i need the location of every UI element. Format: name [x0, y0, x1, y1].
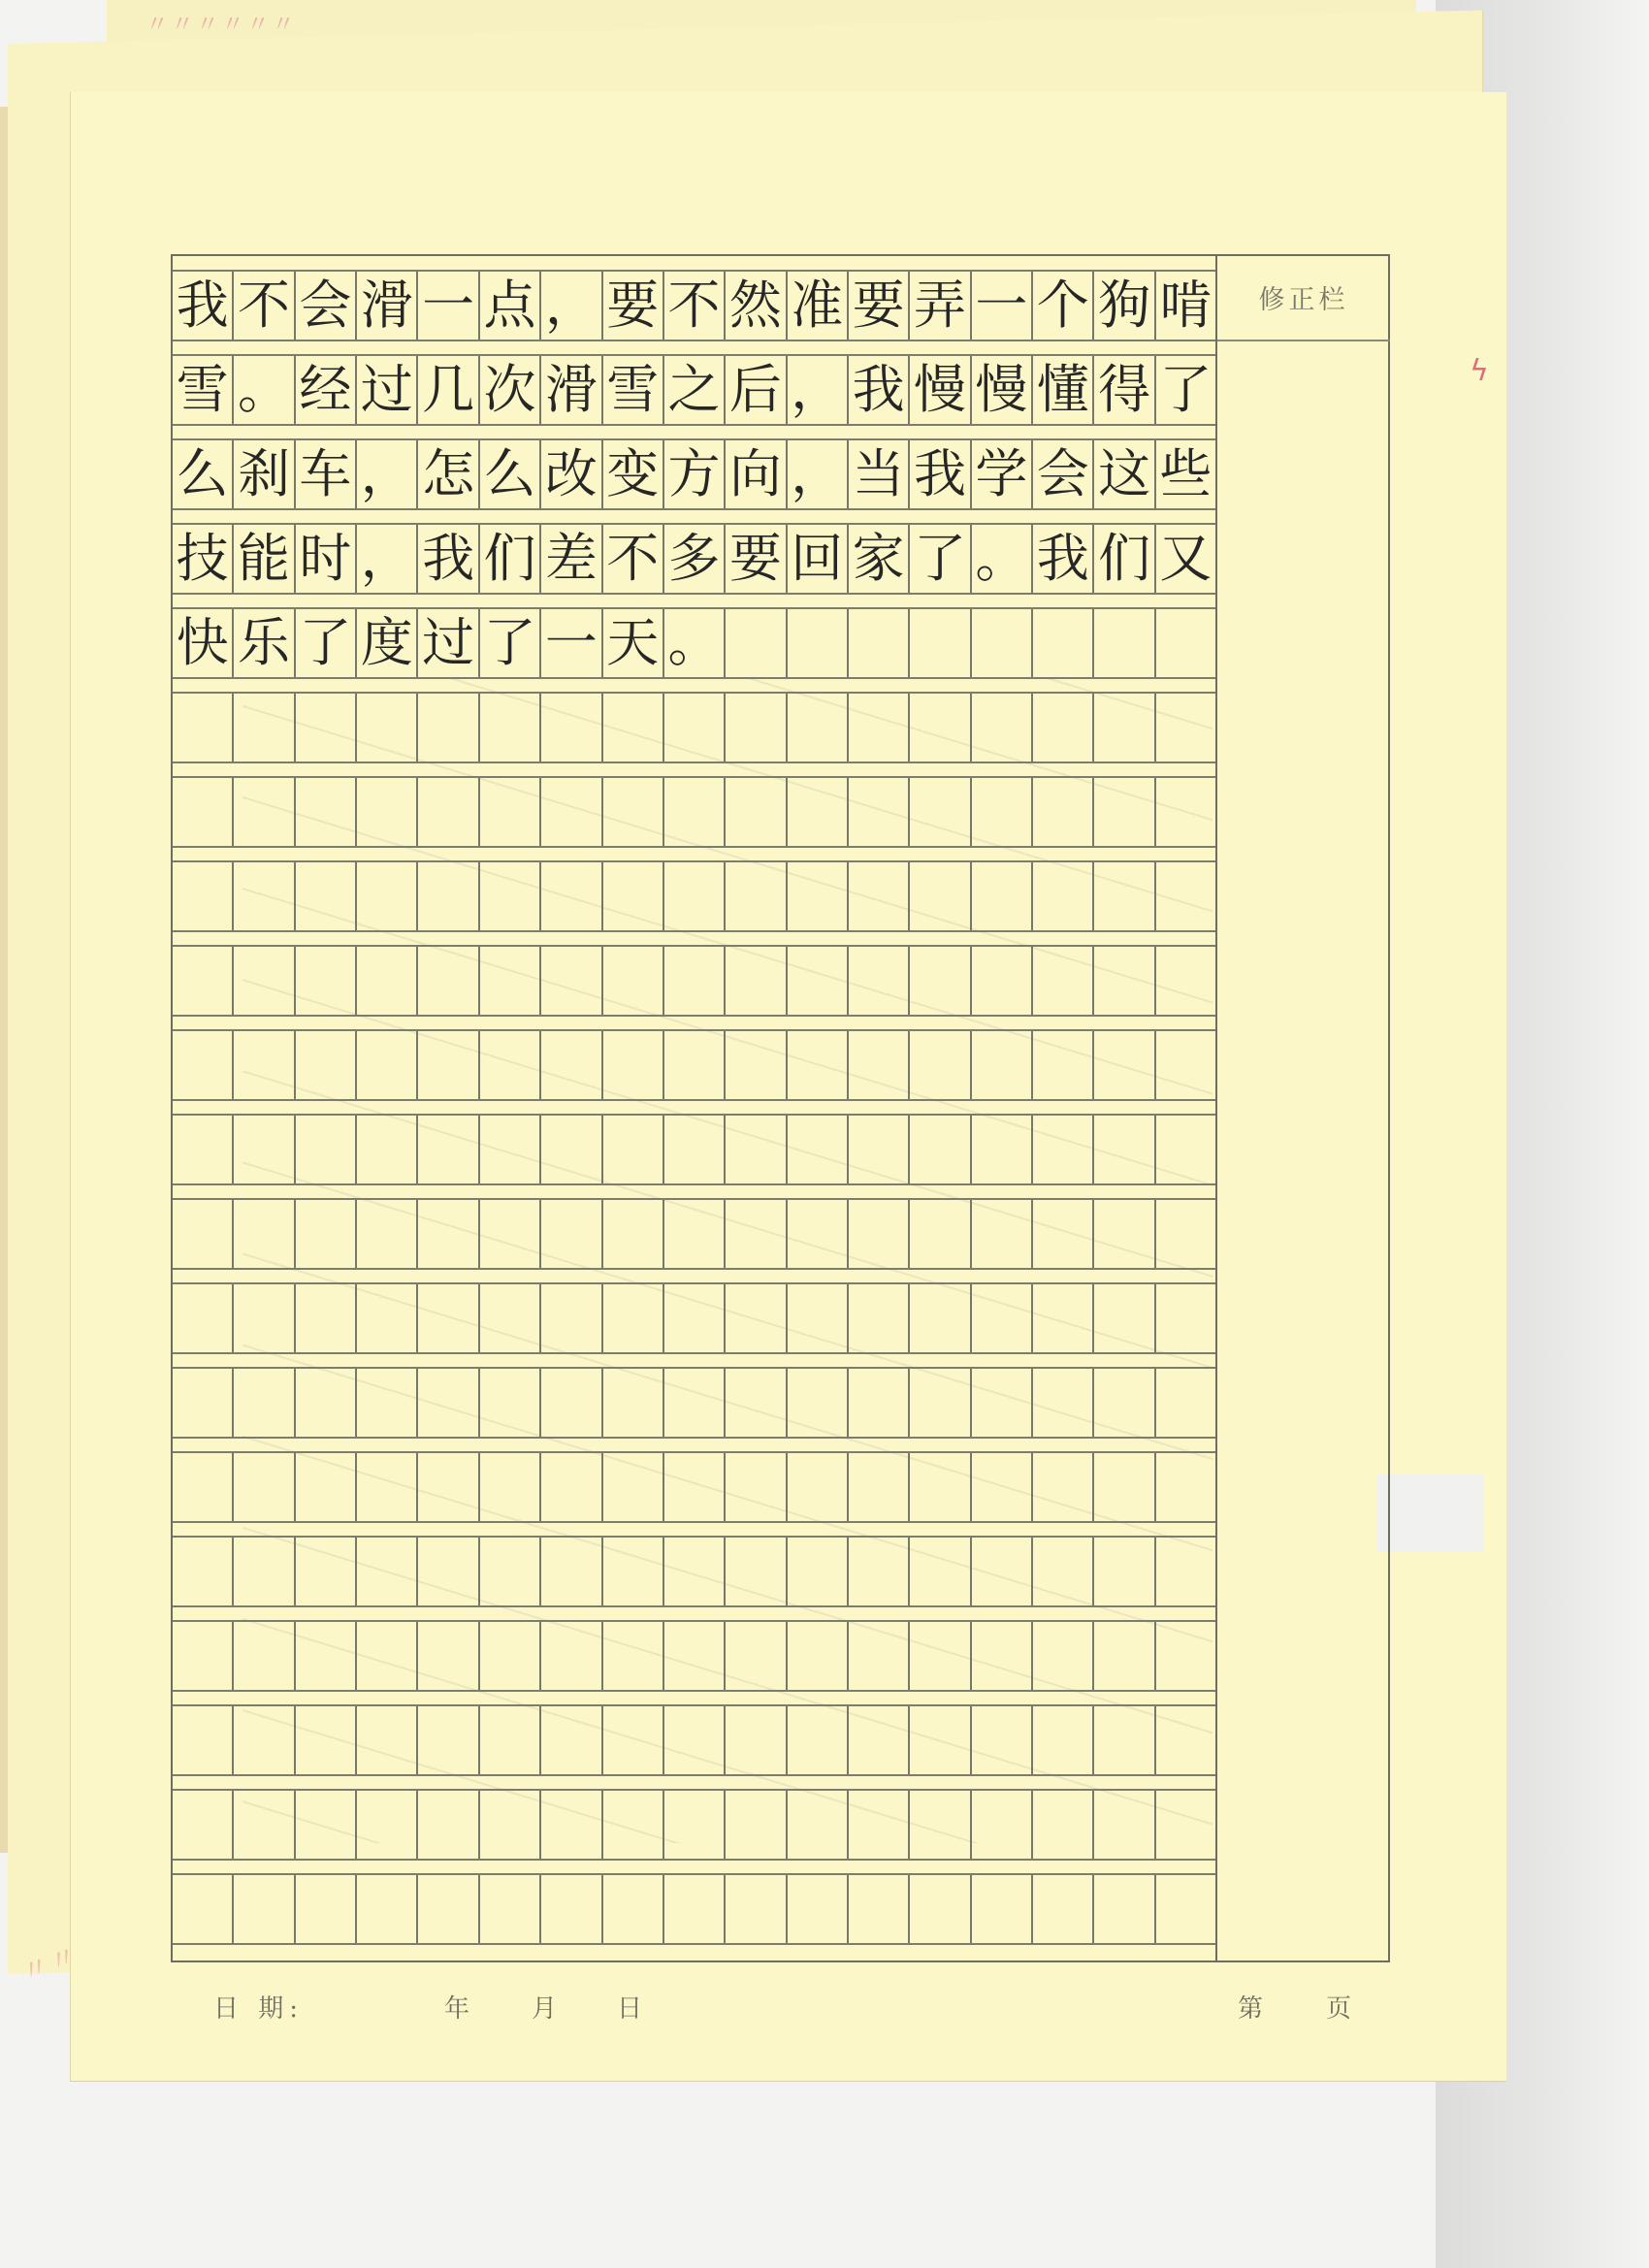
grid-cell	[541, 1369, 602, 1437]
grid-row	[173, 1029, 1215, 1101]
grid-cell	[480, 778, 541, 846]
grid-cell: 怎	[418, 440, 479, 508]
grid-cell	[541, 1791, 602, 1859]
grid-cell	[1156, 694, 1215, 761]
grid-cell	[234, 1116, 295, 1183]
grid-cell	[1094, 1875, 1155, 1943]
grid-cell	[541, 1706, 602, 1774]
grid-cell	[480, 1284, 541, 1352]
grid-cell: 么	[173, 440, 234, 508]
grid-cell: 我	[910, 440, 971, 508]
grid-cell: 天	[603, 609, 664, 677]
grid-cell	[972, 1369, 1033, 1437]
grid-cell: 车	[296, 440, 357, 508]
grid-cell: ，	[788, 440, 849, 508]
grid-cell	[1156, 609, 1215, 677]
grid-cell: 乐	[234, 609, 295, 677]
grid-cell	[788, 1031, 849, 1099]
grid-cell: 会	[296, 272, 357, 340]
grid-cell	[1033, 862, 1094, 930]
grid-cell	[1156, 1875, 1215, 1943]
grid-cell	[173, 1116, 234, 1183]
grid-cell	[541, 1622, 602, 1690]
grid-cell	[173, 1538, 234, 1605]
grid-row	[173, 1451, 1215, 1523]
grid-cell	[1094, 1116, 1155, 1183]
grid-cell	[726, 1200, 787, 1268]
grid-cell	[788, 1453, 849, 1521]
grid-cell	[173, 1284, 234, 1352]
grid-cell	[480, 694, 541, 761]
grid-cell	[296, 1453, 357, 1521]
grid-cell: 方	[664, 440, 726, 508]
grid-cell: 。	[972, 525, 1033, 593]
grid-cell	[1156, 1622, 1215, 1690]
grid-cell	[972, 694, 1033, 761]
grid-cell	[234, 1875, 295, 1943]
grid-cell	[664, 1706, 726, 1774]
grid-cell: 们	[1094, 525, 1155, 593]
grid-cell	[1033, 694, 1094, 761]
grid-cell	[788, 1706, 849, 1774]
grid-cell: 然	[726, 272, 787, 340]
grid-cell	[1033, 1369, 1094, 1437]
grid-cell: 之	[664, 356, 726, 424]
grid-cell	[234, 862, 295, 930]
grid-cell	[357, 778, 418, 846]
grid-row	[173, 692, 1215, 763]
grid-cell: 刹	[234, 440, 295, 508]
grid-cell	[418, 1538, 479, 1605]
grid-cell	[418, 1284, 479, 1352]
grid-row	[173, 1536, 1215, 1607]
grid-row	[173, 860, 1215, 932]
grid-cell	[357, 1622, 418, 1690]
grid-cell	[357, 1538, 418, 1605]
grid-row	[173, 1367, 1215, 1439]
grid-cell	[910, 1706, 971, 1774]
grid-cell	[234, 1538, 295, 1605]
grid-cell	[1033, 778, 1094, 846]
grid-cell	[418, 1116, 479, 1183]
grid-cell: 学	[972, 440, 1033, 508]
grid-cell	[480, 1622, 541, 1690]
grid-cell	[788, 1622, 849, 1690]
grid-cell	[1033, 1791, 1094, 1859]
grid-cell	[234, 947, 295, 1015]
grid-cell	[418, 1875, 479, 1943]
grid-cell	[541, 1116, 602, 1183]
grid-cell	[788, 1538, 849, 1605]
grid-cell	[726, 1791, 787, 1859]
grid-cell	[788, 1200, 849, 1268]
grid-row	[173, 1198, 1215, 1270]
grid-row	[173, 1282, 1215, 1354]
grid-cell	[357, 1706, 418, 1774]
grid-cell: 技	[173, 525, 234, 593]
grid-cell	[849, 778, 910, 846]
grid-cell: 要	[726, 525, 787, 593]
grid-cell	[849, 1706, 910, 1774]
grid-cell	[849, 862, 910, 930]
grid-cell	[1094, 609, 1155, 677]
grid-cell	[1033, 1875, 1094, 1943]
red-pen-mark-top: 〃〃〃〃〃〃	[145, 5, 297, 39]
grid-cell: 慢	[972, 356, 1033, 424]
grid-cell	[541, 1875, 602, 1943]
grid-cell	[541, 1200, 602, 1268]
grid-cell	[664, 1791, 726, 1859]
grid-cell	[849, 1031, 910, 1099]
grid-row	[173, 1704, 1215, 1776]
grid-cell	[1156, 778, 1215, 846]
grid-cell	[849, 1791, 910, 1859]
grid-cell	[972, 1538, 1033, 1605]
grid-cell: 我	[849, 356, 910, 424]
grid-cell	[849, 1453, 910, 1521]
grid-cell	[357, 1875, 418, 1943]
grid-cell	[972, 1200, 1033, 1268]
grid-cell	[173, 947, 234, 1015]
grid-cell: 我	[173, 272, 234, 340]
grid-cell	[418, 1706, 479, 1774]
grid-cell	[726, 1284, 787, 1352]
grid-cell	[726, 1369, 787, 1437]
grid-cell	[1156, 1031, 1215, 1099]
grid-cell	[1156, 1284, 1215, 1352]
grid-cell	[1094, 778, 1155, 846]
grid-cell	[603, 1875, 664, 1943]
grid-cell	[664, 1538, 726, 1605]
grid-cell	[418, 1791, 479, 1859]
grid-cell	[603, 1369, 664, 1437]
grid-cell	[726, 1453, 787, 1521]
grid-cell	[173, 778, 234, 846]
grid-cell	[910, 1875, 971, 1943]
grid-cell	[788, 947, 849, 1015]
grid-cell	[726, 862, 787, 930]
grid-cell	[726, 694, 787, 761]
grid-cell	[1094, 1706, 1155, 1774]
grid-cell	[1094, 1453, 1155, 1521]
red-pen-mark-right: ϟ	[1470, 354, 1489, 388]
grid-cell	[726, 1875, 787, 1943]
grid-cell	[664, 1284, 726, 1352]
grid-cell	[788, 778, 849, 846]
grid-cell	[972, 609, 1033, 677]
grid-cell	[603, 1791, 664, 1859]
grid-cell: 过	[357, 356, 418, 424]
grid-cell	[1094, 694, 1155, 761]
grid-cell: 多	[664, 525, 726, 593]
grid-cell: 不	[603, 525, 664, 593]
grid-cell	[1033, 1706, 1094, 1774]
grid-cell	[480, 1706, 541, 1774]
grid-cell	[418, 1031, 479, 1099]
grid-cell	[296, 862, 357, 930]
grid-row	[173, 1114, 1215, 1185]
grid-cell	[849, 947, 910, 1015]
grid-cell	[173, 1200, 234, 1268]
grid-cell	[972, 1791, 1033, 1859]
grid-cell: 次	[480, 356, 541, 424]
correction-column-label: 修正栏	[1217, 254, 1390, 341]
grid-cell	[788, 1116, 849, 1183]
grid-cell: 度	[357, 609, 418, 677]
grid-cell	[173, 1791, 234, 1859]
grid-cell	[541, 947, 602, 1015]
grid-cell	[296, 1791, 357, 1859]
grid-cell: 点	[480, 272, 541, 340]
grid-cell	[234, 1369, 295, 1437]
grid-cell	[541, 1031, 602, 1099]
footer-month-label: 月	[532, 1989, 557, 2025]
grid-cell: 了	[480, 609, 541, 677]
grid-cell	[234, 1453, 295, 1521]
grid-cell	[296, 1875, 357, 1943]
grid-cell: 滑	[541, 356, 602, 424]
grid-cell	[234, 1622, 295, 1690]
grid-cell	[296, 1284, 357, 1352]
grid-cell	[234, 1706, 295, 1774]
grid-cell	[664, 1622, 726, 1690]
grid-cell	[296, 1706, 357, 1774]
grid-cell	[173, 1369, 234, 1437]
grid-cell	[296, 1622, 357, 1690]
grid-cell: ，	[357, 525, 418, 593]
grid-cell: 当	[849, 440, 910, 508]
grid-cell	[296, 694, 357, 761]
grid-row	[173, 945, 1215, 1017]
grid-cell	[480, 1116, 541, 1183]
grid-cell	[603, 1031, 664, 1099]
grid-cell: 滑	[357, 272, 418, 340]
grid-cell	[972, 1453, 1033, 1521]
grid-cell: 们	[480, 525, 541, 593]
grid-cell	[910, 1622, 971, 1690]
grid-cell	[664, 947, 726, 1015]
grid-cell	[664, 1031, 726, 1099]
grid-cell: 不	[234, 272, 295, 340]
grid-cell	[603, 1622, 664, 1690]
grid-cell: ，	[357, 440, 418, 508]
grid-cell	[849, 1538, 910, 1605]
grid-cell	[1033, 1453, 1094, 1521]
grid-cell: 我	[418, 525, 479, 593]
grid-cell: 雪	[173, 356, 234, 424]
grid-cell: 回	[788, 525, 849, 593]
grid-cell	[664, 694, 726, 761]
grid-cell	[357, 947, 418, 1015]
grid-cell	[849, 1116, 910, 1183]
grid-cell	[296, 1369, 357, 1437]
grid-cell	[972, 778, 1033, 846]
grid-cell: 弄	[910, 272, 971, 340]
grid-cell	[788, 609, 849, 677]
grid-cell	[664, 778, 726, 846]
grid-cell	[357, 1791, 418, 1859]
correction-column: 修正栏	[1215, 254, 1390, 1962]
grid-cell	[357, 862, 418, 930]
grid-cell	[910, 1538, 971, 1605]
grid-cell: 要	[603, 272, 664, 340]
grid-cell: 家	[849, 525, 910, 593]
grid-cell	[788, 862, 849, 930]
grid-cell	[1156, 1200, 1215, 1268]
grid-cell: 啃	[1156, 272, 1215, 340]
grid-cell	[173, 1875, 234, 1943]
grid-cell	[910, 1116, 971, 1183]
grid-cell	[480, 1369, 541, 1437]
grid-cell	[480, 1791, 541, 1859]
grid-cell	[418, 1200, 479, 1268]
grid-row: 么刹车，怎么改变方向，当我学会这些	[173, 438, 1215, 510]
grid-cell	[1033, 1200, 1094, 1268]
grid-cell	[849, 1875, 910, 1943]
grid-cell	[1156, 1116, 1215, 1183]
grid-cell	[541, 694, 602, 761]
grid-cell	[1094, 1284, 1155, 1352]
grid-cell	[849, 1369, 910, 1437]
grid-cell: 过	[418, 609, 479, 677]
grid-cell	[1033, 947, 1094, 1015]
grid-cell	[788, 694, 849, 761]
grid-cell	[910, 1200, 971, 1268]
grid-cell	[296, 1200, 357, 1268]
grid-cell	[726, 1116, 787, 1183]
grid-cell	[480, 1453, 541, 1521]
grid-cell: 了	[296, 609, 357, 677]
grid-cell	[603, 1200, 664, 1268]
grid-cell	[173, 862, 234, 930]
grid-cell	[1094, 1369, 1155, 1437]
grid-cell	[664, 1200, 726, 1268]
grid-cell	[173, 1453, 234, 1521]
grid-cell	[1094, 862, 1155, 930]
grid-cell: 雪	[603, 356, 664, 424]
grid-cell: ，	[788, 356, 849, 424]
grid-cell	[234, 1284, 295, 1352]
grid-cell	[296, 1538, 357, 1605]
grid-cell	[788, 1284, 849, 1352]
grid-cell	[726, 1538, 787, 1605]
grid-cell	[234, 778, 295, 846]
grid-cell: 。	[234, 356, 295, 424]
grid-cell: 时	[296, 525, 357, 593]
grid-row	[173, 1620, 1215, 1692]
grid-cell: 这	[1094, 440, 1155, 508]
grid-cell	[1156, 862, 1215, 930]
footer-year-label: 年	[444, 1989, 469, 2025]
grid-cell	[480, 1538, 541, 1605]
grid-cell	[664, 1369, 726, 1437]
grid-cell	[910, 609, 971, 677]
grid-cell	[603, 862, 664, 930]
grid-cell	[788, 1369, 849, 1437]
grid-cell	[480, 1200, 541, 1268]
grid-cell	[541, 1538, 602, 1605]
grid-cell	[603, 778, 664, 846]
grid-cell	[910, 862, 971, 930]
grid-cell	[972, 1706, 1033, 1774]
grid-cell	[234, 1791, 295, 1859]
grid-cell	[418, 1453, 479, 1521]
grid-cell	[1094, 1538, 1155, 1605]
grid-cell	[234, 1200, 295, 1268]
grid-cell	[357, 1284, 418, 1352]
grid-cell	[726, 609, 787, 677]
grid-cell: 慢	[910, 356, 971, 424]
grid-cell: 后	[726, 356, 787, 424]
grid-cell: 能	[234, 525, 295, 593]
grid-cell	[910, 1369, 971, 1437]
grid-cell	[357, 1200, 418, 1268]
grid-cell	[418, 1369, 479, 1437]
grid-cell	[1156, 1791, 1215, 1859]
grid-cell: 狗	[1094, 272, 1155, 340]
grid-cell	[480, 1875, 541, 1943]
grid-cell	[726, 1031, 787, 1099]
grid-cell: 不	[664, 272, 726, 340]
grid-cell	[173, 1031, 234, 1099]
grid-cell	[910, 1031, 971, 1099]
grid-cell	[480, 947, 541, 1015]
grid-cell	[664, 862, 726, 930]
grid-row: 我不会滑一点，要不然准要弄一个狗啃	[173, 270, 1215, 341]
grid-cell	[603, 1453, 664, 1521]
grid-cell	[1033, 1116, 1094, 1183]
grid-cell	[603, 947, 664, 1015]
grid-cell	[357, 1369, 418, 1437]
grid-cell: 些	[1156, 440, 1215, 508]
grid-row: 雪。经过几次滑雪之后，我慢慢懂得了	[173, 354, 1215, 426]
torn-edge	[1377, 1474, 1484, 1552]
grid-cell	[541, 1284, 602, 1352]
grid-cell: 向	[726, 440, 787, 508]
grid-cell	[972, 1875, 1033, 1943]
grid-cell: 得	[1094, 356, 1155, 424]
grid-cell	[418, 862, 479, 930]
grid-cell	[480, 862, 541, 930]
grid-cell: 快	[173, 609, 234, 677]
grid-cell: 会	[1033, 440, 1094, 508]
grid-cell: 一	[541, 609, 602, 677]
grid-cell	[296, 947, 357, 1015]
grid-cell	[1156, 1453, 1215, 1521]
grid-cell	[234, 1031, 295, 1099]
grid-cell	[357, 694, 418, 761]
grid-cell	[1094, 1031, 1155, 1099]
grid-cell: 个	[1033, 272, 1094, 340]
grid-cell	[1033, 609, 1094, 677]
footer-day-label: 日	[617, 1989, 642, 2025]
grid-cell	[418, 694, 479, 761]
grid-cell: 经	[296, 356, 357, 424]
grid-cell	[296, 778, 357, 846]
grid-cell	[357, 1116, 418, 1183]
grid-cell	[972, 1116, 1033, 1183]
grid-cell	[603, 1706, 664, 1774]
grid-cell: 么	[480, 440, 541, 508]
grid-cell	[972, 1622, 1033, 1690]
grid-cell	[664, 1453, 726, 1521]
footer-page-suffix: 页	[1326, 1989, 1351, 2025]
grid-cell: 一	[972, 272, 1033, 340]
grid-row: 技能时，我们差不多要回家了。我们又	[173, 523, 1215, 595]
grid-cell: 。	[664, 609, 726, 677]
grid-cell	[664, 1875, 726, 1943]
grid-cell	[1033, 1622, 1094, 1690]
